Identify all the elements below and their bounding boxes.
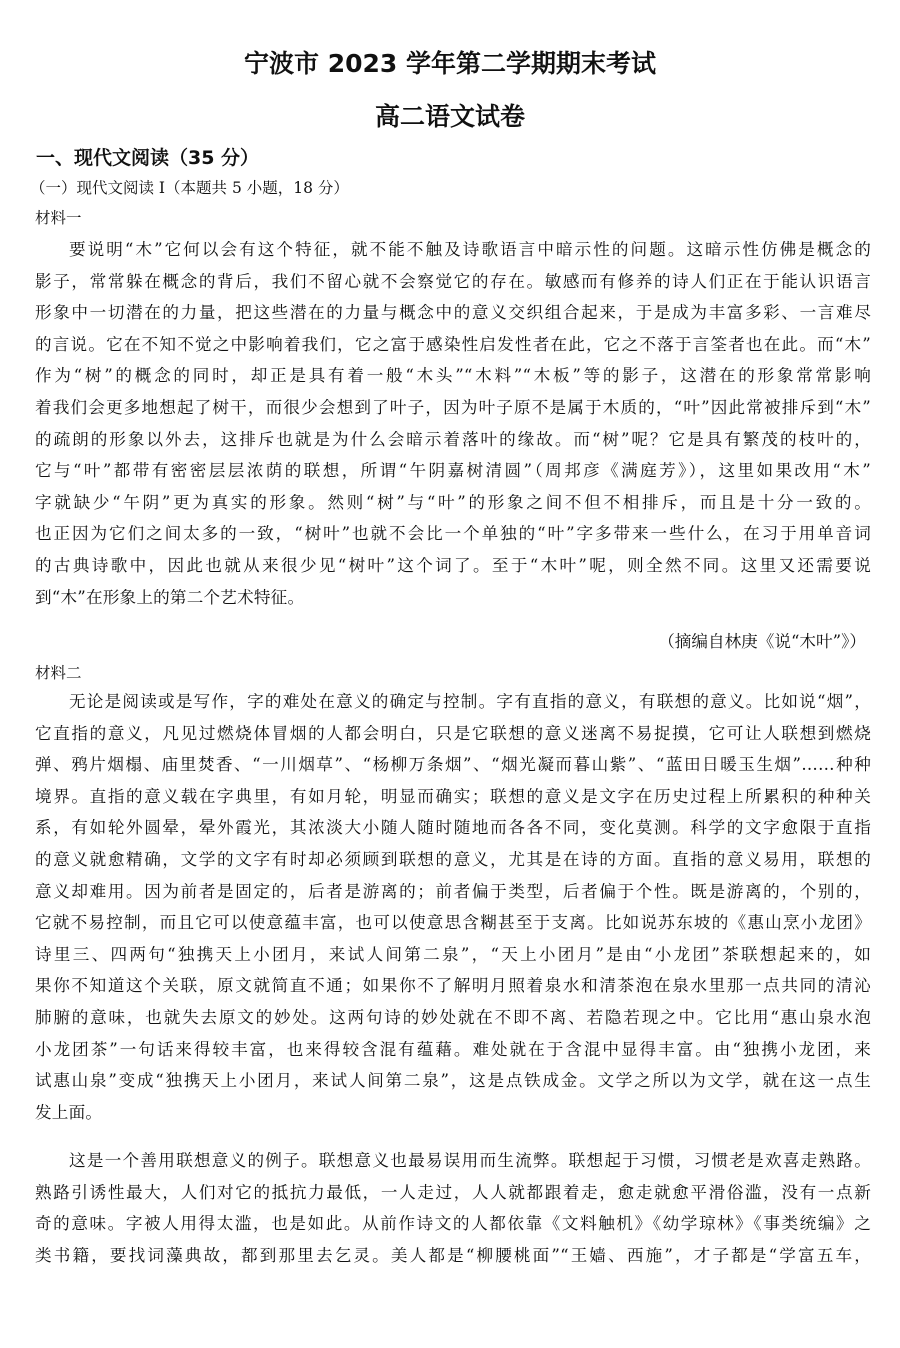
- exam-title: 宁波市 2023 学年第二学期期末考试: [0, 44, 900, 80]
- text-line: 意义却难用。因为前者是固定的，后者是游离的；前者偏于类型，后者偏于个性。既是游离…: [35, 876, 871, 908]
- material-2-paragraph-2: 这是一个善用联想意义的例子。联想意义也最易误用而生流弊。联想起于习惯，习惯老是欢…: [35, 1145, 871, 1271]
- text-line: 影子，常常躲在概念的背后，我们不留心就不会察觉它的存在。敏感而有修养的诗人们正在…: [35, 266, 871, 298]
- text-line: 它直指的意义，凡见过燃烧体冒烟的人都会明白，只是它联想的意义迷离不易捉摸，它可让…: [35, 718, 871, 750]
- exam-subtitle: 高二语文试卷: [0, 97, 900, 133]
- text-line: 的意义就愈精确，文学的文字有时却必须顾到联想的意义，尤其是在诗的方面。直指的意义…: [35, 844, 871, 876]
- exam-page: 宁波市 2023 学年第二学期期末考试 高二语文试卷 一、现代文阅读（35 分）…: [0, 0, 900, 1348]
- text-line: 的古典诗歌中，因此也就从来很少见“树叶”这个词了。至于“木叶”呢，则全然不同。这…: [35, 550, 871, 582]
- text-line: 小龙团茶”一句话来得较丰富，也来得较含混有蕴藉。难处就在于含混中显得丰富。由“独…: [35, 1034, 871, 1066]
- material-1-source: （摘编自林庚《说“木叶”》）: [658, 628, 866, 652]
- text-line: 诗里三、四两句“独携天上小团月，来试人间第二泉”，“天上小团月”是由“小龙团”茶…: [35, 939, 871, 971]
- material-1-label: 材料一: [35, 206, 82, 228]
- text-line: 奇的意味。字被人用得太滥，也是如此。从前作诗文的人都依靠《文料触机》《幼学琼林》…: [35, 1208, 871, 1240]
- material-1-paragraph: 要说明“木”它何以会有这个特征，就不能不触及诗歌语言中暗示性的问题。这暗示性仿佛…: [35, 234, 871, 613]
- text-line: 到“木”在形象上的第二个艺术特征。: [35, 582, 871, 614]
- text-line: 无论是阅读或是写作，字的难处在意义的确定与控制。字有直指的意义，有联想的意义。比…: [35, 686, 871, 718]
- text-line: 它就不易控制，而且它可以使意蕴丰富，也可以使意思含糊甚至于支离。比如说苏东坡的《…: [35, 907, 871, 939]
- material-2-paragraph-1: 无论是阅读或是写作，字的难处在意义的确定与控制。字有直指的意义，有联想的意义。比…: [35, 686, 871, 1128]
- text-line: 类书籍，要找词藻典故，都到那里去乞灵。美人都是“柳腰桃面”“王嫱、西施”，才子都…: [35, 1240, 871, 1272]
- text-line: 果你不知道这个关联，原文就简直不通；如果你不了解明月照着泉水和清茶泡在泉水里那一…: [35, 970, 871, 1002]
- text-line: 形象中一切潜在的力量，把这些潜在的力量与概念中的意义交织组合起来，于是成为丰富多…: [35, 297, 871, 329]
- text-line: 它与“叶”都带有密密层层浓荫的联想，所谓“午阴嘉树清圆”（周邦彦《满庭芳》），这…: [35, 455, 871, 487]
- text-line: 试惠山泉”变成“独携天上小团月，来试人间第二泉”，这是点铁成金。文学之所以为文学…: [35, 1065, 871, 1097]
- text-line: 熟路引诱性最大，人们对它的抵抗力最低，一人走过，人人就都跟着走，愈走就愈平滑俗滥…: [35, 1177, 871, 1209]
- text-line: 境界。直指的意义载在字典里，有如月轮，明显而确实；联想的意义是文字在历史过程上所…: [35, 781, 871, 813]
- section-heading: 一、现代文阅读（35 分）: [36, 143, 259, 170]
- text-line: 这是一个善用联想意义的例子。联想意义也最易误用而生流弊。联想起于习惯，习惯老是欢…: [35, 1145, 871, 1177]
- text-line: 肺腑的意味，也就失去原文的妙处。这两句诗的妙处就在不即不离、若隐若现之中。它比用…: [35, 1002, 871, 1034]
- text-line: 的疏朗的形象以外去，这排斥也就是为什么会暗示着落叶的缘故。而“树”呢？它是具有繁…: [35, 424, 871, 456]
- text-line: 弹、鸦片烟榻、庙里焚香、“一川烟草”、“杨柳万条烟”、“烟光凝而暮山紫”、“蓝田…: [35, 749, 871, 781]
- text-line: 的言说。它在不知不觉之中影响着我们，它之富于感染性启发性者在此，它之不落于言筌者…: [35, 329, 871, 361]
- text-line: 字就缺少“午阴”更为真实的形象。然则“树”与“叶”的形象之间不但不相排斥，而且是…: [35, 487, 871, 519]
- text-line: 作为“树”的概念的同时，却正是具有着一般“木头”“木料”“木板”等的影子，这潜在…: [35, 360, 871, 392]
- text-line: 发上面。: [35, 1097, 871, 1129]
- text-line: 系，有如轮外圆晕，晕外霞光，其浓淡大小随人随时随地而各各不同，变化莫测。科学的文…: [35, 812, 871, 844]
- subsection-heading: （一）现代文阅读 I（本题共 5 小题，18 分）: [30, 176, 349, 198]
- text-line: 着我们会更多地想起了树干，而很少会想到了叶子，因为叶子原不是属于木质的，“叶”因…: [35, 392, 871, 424]
- text-line: 也正因为它们之间太多的一致，“树叶”也就不会比一个单独的“叶”字多带来一些什么，…: [35, 518, 871, 550]
- text-line: 要说明“木”它何以会有这个特征，就不能不触及诗歌语言中暗示性的问题。这暗示性仿佛…: [35, 234, 871, 266]
- material-2-label: 材料二: [35, 661, 82, 683]
